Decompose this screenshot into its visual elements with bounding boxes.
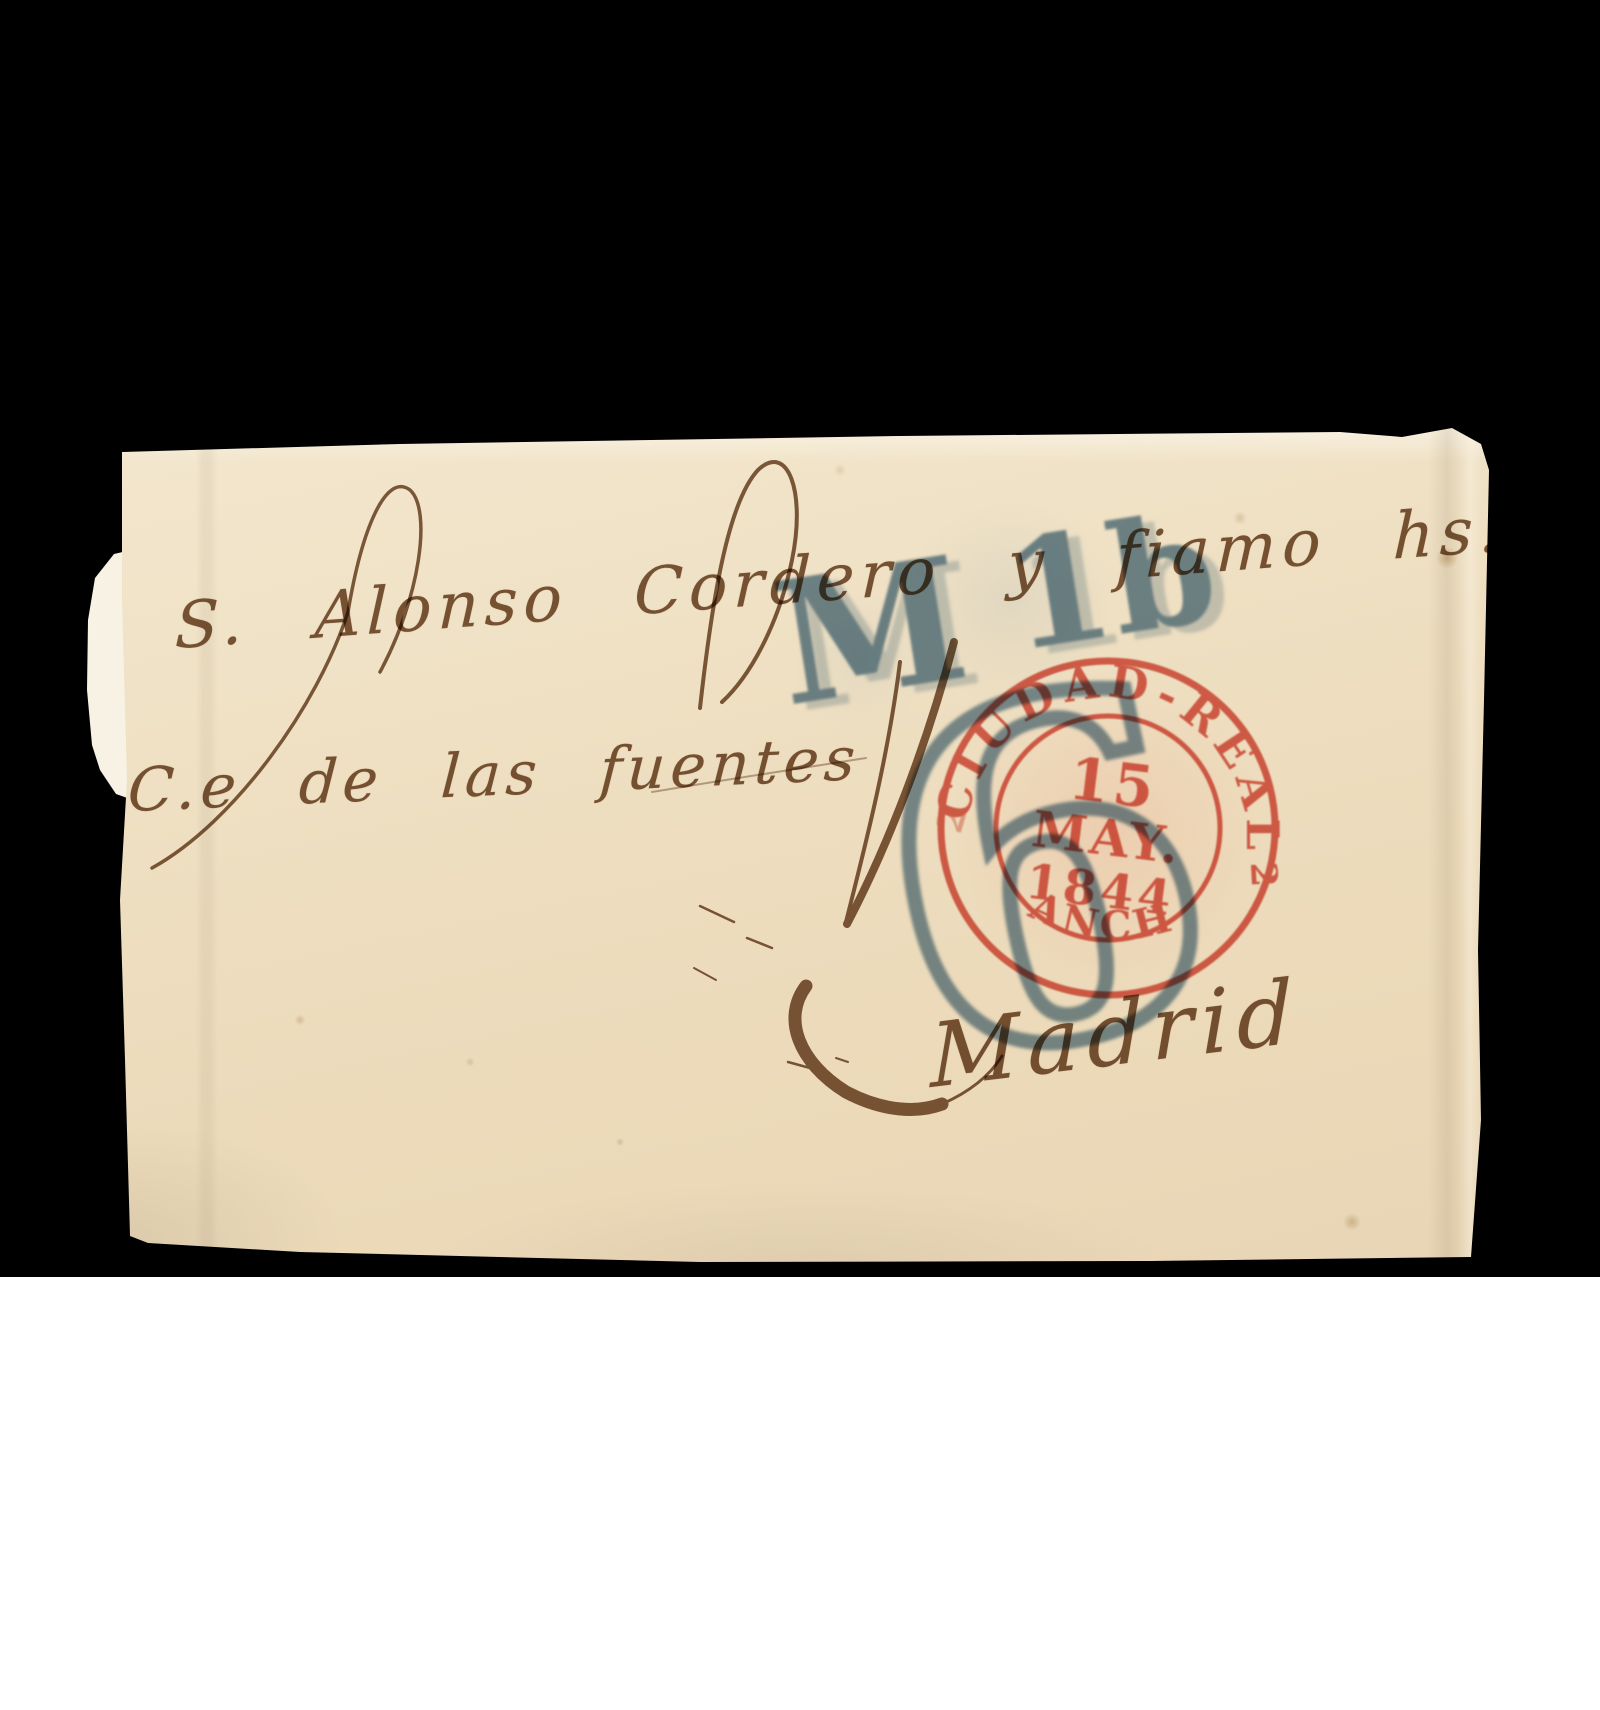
photo-of-1844-postal-cover: S. Alonso Cordero y fiamo hs. C.e de las… bbox=[0, 0, 1600, 1710]
red-baeza-datestamp: CIUDAD-REAL MANCHA 15 MAY. 1844 2 2 bbox=[908, 623, 1308, 1023]
ink-dash-3 bbox=[694, 968, 716, 980]
ink-dash-2 bbox=[747, 938, 772, 948]
black-backdrop: S. Alonso Cordero y fiamo hs. C.e de las… bbox=[0, 0, 1600, 1277]
datestamp-side-number-right: 2 bbox=[1242, 861, 1285, 888]
white-bottom-margin bbox=[0, 1277, 1600, 1710]
ink-dash-1 bbox=[700, 906, 734, 922]
folded-letter-cover: S. Alonso Cordero y fiamo hs. C.e de las… bbox=[0, 0, 1600, 1277]
